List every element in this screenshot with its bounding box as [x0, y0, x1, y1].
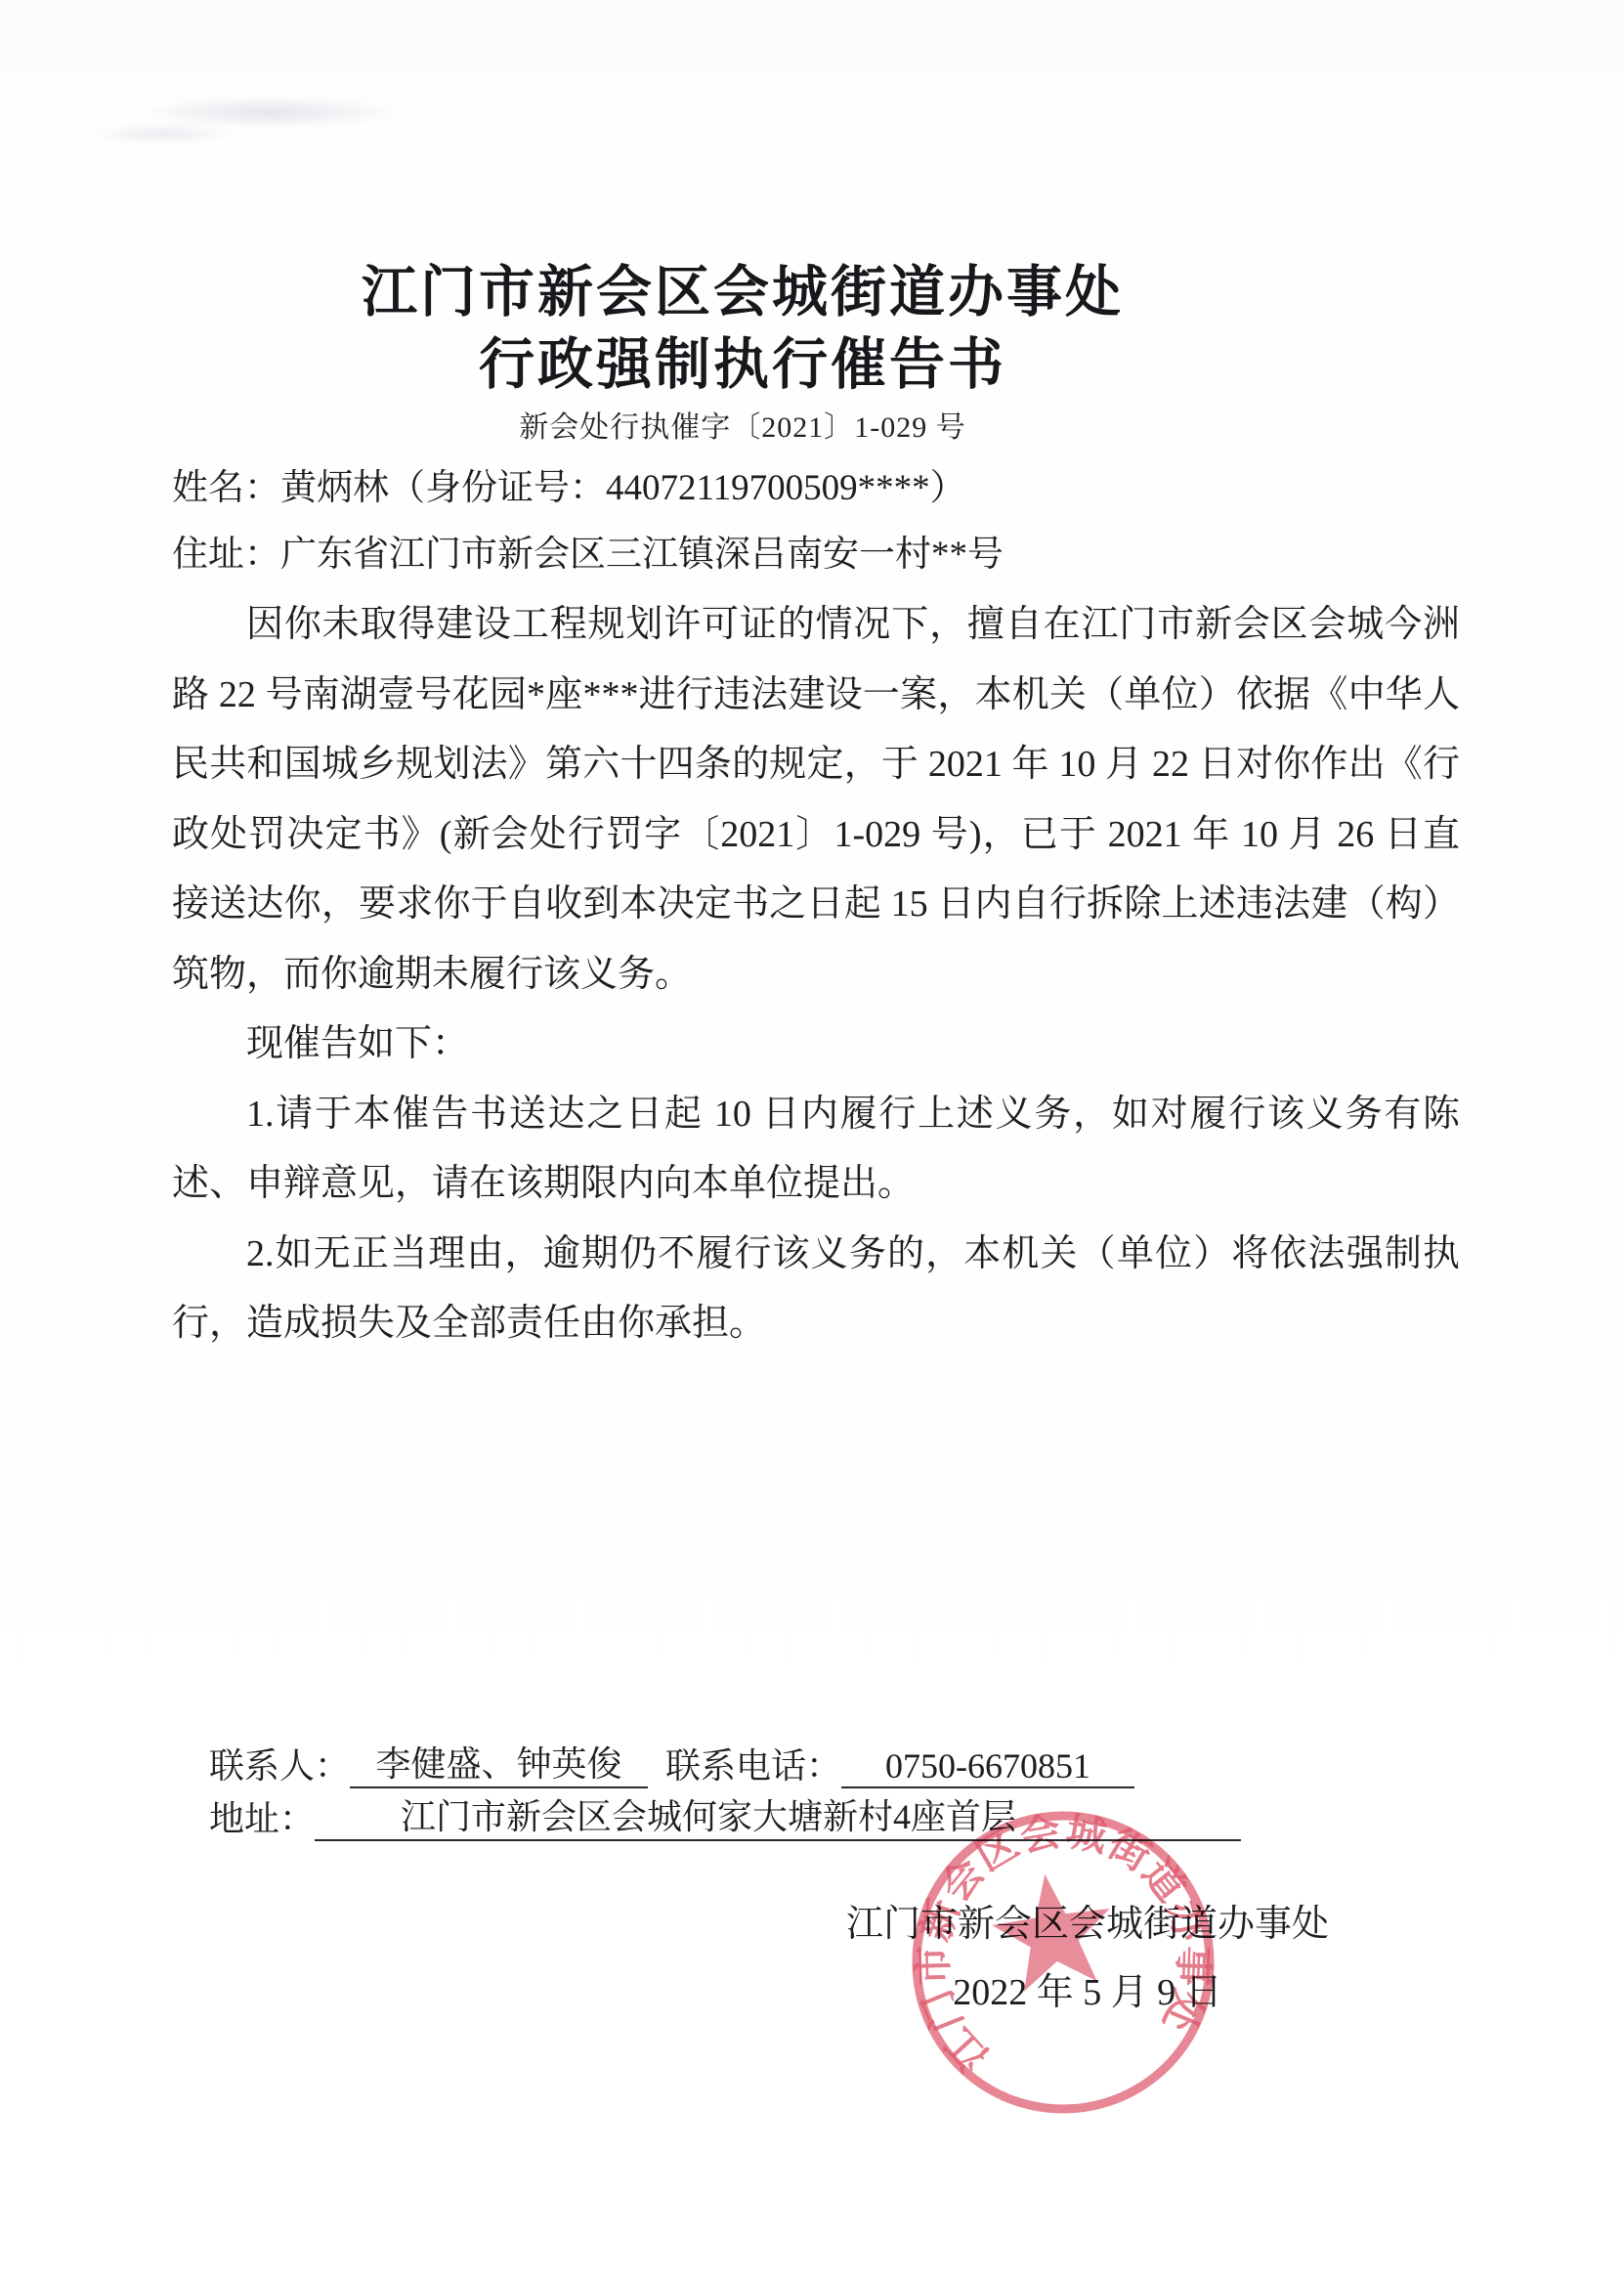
recipient-name-line: 姓名：黄炳林（身份证号：44072119700509****）	[172, 455, 1462, 522]
signature-org: 江门市新会区会城街道办事处	[809, 1890, 1366, 1958]
document-title-org: 江门市新会区会城街道办事处	[117, 256, 1368, 328]
contact-phone-label: 联系电话：	[665, 1739, 841, 1788]
contact-address-label: 地址：	[209, 1791, 315, 1841]
scanned-document-page: 江门市新会区会城街道办事处 行政强制执行催告书 新会处行执催字〔2021〕1-0…	[0, 0, 1624, 2280]
body-item-2: 2.如无正当理由，逾期仍不履行该义务的，本机关（单位）将依法强制执行，造成损失及…	[172, 1220, 1460, 1359]
body-paragraph-2: 现催告如下：	[172, 1010, 1460, 1080]
document-header: 江门市新会区会城街道办事处 行政强制执行催告书 新会处行执催字〔2021〕1-0…	[117, 256, 1368, 448]
contact-phone-value: 0750-6670851	[841, 1745, 1134, 1788]
signature-block: 江门市新会区会城街道办事处 2022 年 5 月 9 日	[809, 1890, 1366, 2027]
contact-person-label: 联系人：	[209, 1739, 350, 1788]
document-title-type: 行政强制执行催告书	[117, 328, 1368, 401]
contact-row-2: 地址： 江门市新会区会城何家大塘新村4座首层	[209, 1788, 1479, 1841]
contact-row-1: 联系人： 李健盛、钟英俊 联系电话： 0750-6670851	[209, 1736, 1479, 1788]
scan-artifact	[90, 123, 236, 145]
recipient-info: 姓名：黄炳林（身份证号：44072119700509****） 住址：广东省江门…	[172, 455, 1462, 588]
recipient-address-line: 住址：广东省江门市新会区三江镇深吕南安一村**号	[172, 522, 1462, 588]
body-paragraph-1: 因你未取得建设工程规划许可证的情况下，擅自在江门市新会区会城今洲路 22 号南湖…	[172, 590, 1460, 1010]
document-number: 新会处行执催字〔2021〕1-029 号	[117, 409, 1368, 448]
contact-person-value: 李健盛、钟英俊	[350, 1737, 648, 1788]
scan-artifact	[137, 96, 401, 129]
document-body: 因你未取得建设工程规划许可证的情况下，擅自在江门市新会区会城今洲路 22 号南湖…	[172, 590, 1460, 1359]
body-item-1: 1.请于本催告书送达之日起 10 日内履行上述义务，如对履行该义务有陈述、申辩意…	[172, 1080, 1460, 1220]
contact-section: 联系人： 李健盛、钟英俊 联系电话： 0750-6670851 地址： 江门市新…	[209, 1736, 1479, 1841]
signature-date: 2022 年 5 月 9 日	[809, 1958, 1366, 2027]
contact-address-value: 江门市新会区会城何家大塘新村4座首层	[315, 1789, 1241, 1841]
